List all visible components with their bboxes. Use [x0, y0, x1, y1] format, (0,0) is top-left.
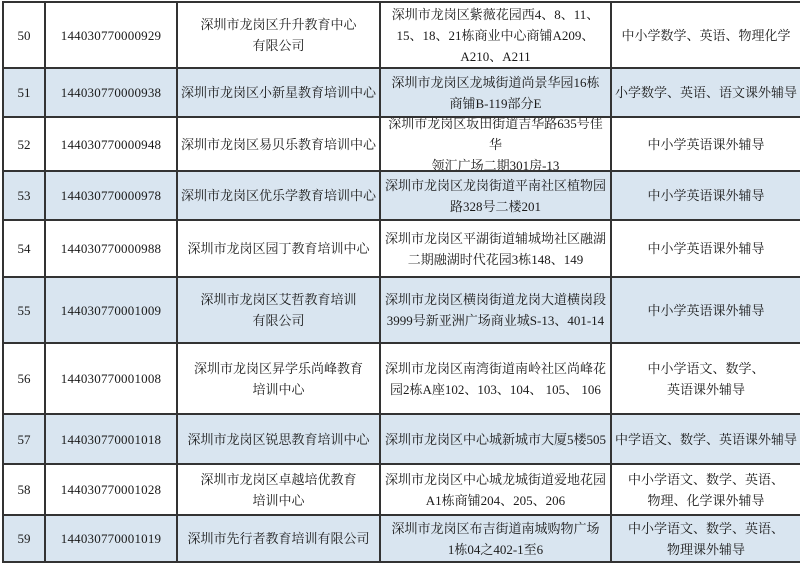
institution-name-cell: 深圳市龙岗区园丁教育培训中心 [178, 221, 381, 276]
address-cell: 深圳市龙岗区中心城龙城街道爱地花园 A1栋商铺204、205、206 [381, 465, 612, 514]
row-number-cell: 51 [4, 69, 46, 116]
row-number-cell: 55 [4, 278, 46, 342]
courses-cell: 中学语文、数学、英语课外辅导 [612, 415, 800, 463]
address-cell: 深圳市龙岗区南湾街道南岭社区尚峰花 园2栋A座102、103、104、 105、… [381, 344, 612, 413]
training-institutions-table: 50 144030770000929 深圳市龙岗区升升教育中心 有限公司 深圳市… [2, 1, 800, 563]
address-cell: 深圳市龙岗区坂田街道吉华路635号佳华 领汇广场二期301房-13 [381, 118, 612, 170]
license-number-cell: 144030770000988 [46, 221, 178, 276]
courses-cell: 中小学英语课外辅导 [612, 221, 800, 276]
document-page: 50 144030770000929 深圳市龙岗区升升教育中心 有限公司 深圳市… [0, 0, 800, 566]
row-number-cell: 59 [4, 516, 46, 561]
institution-name-cell: 深圳市龙岗区小新星教育培训中心 [178, 69, 381, 116]
row-number-cell: 54 [4, 221, 46, 276]
courses-cell: 小学数学、英语、语文课外辅导 [612, 69, 800, 116]
courses-cell: 中小学英语课外辅导 [612, 172, 800, 219]
table-row: 58 144030770001028 深圳市龙岗区卓越培优教育 培训中心 深圳市… [4, 465, 800, 516]
table-row: 59 144030770001019 深圳市先行者教育培训有限公司 深圳市龙岗区… [4, 516, 800, 563]
institution-name-cell: 深圳市龙岗区卓越培优教育 培训中心 [178, 465, 381, 514]
table-row: 50 144030770000929 深圳市龙岗区升升教育中心 有限公司 深圳市… [4, 3, 800, 69]
courses-cell: 中小学语文、数学、 英语课外辅导 [612, 344, 800, 413]
row-number-cell: 50 [4, 3, 46, 67]
table-row: 52 144030770000948 深圳市龙岗区易贝乐教育培训中心 深圳市龙岗… [4, 118, 800, 172]
row-number-cell: 53 [4, 172, 46, 219]
license-number-cell: 144030770001008 [46, 344, 178, 413]
row-number-cell: 56 [4, 344, 46, 413]
address-cell: 深圳市龙岗区龙城街道尚景华园16栋 商铺B-119部分E [381, 69, 612, 116]
address-cell: 深圳市龙岗区布吉街道南城购物广场 1栋04之402-1至6 [381, 516, 612, 561]
institution-name-cell: 深圳市龙岗区艾哲教育培训 有限公司 [178, 278, 381, 342]
courses-cell: 中小学英语课外辅导 [612, 278, 800, 342]
institution-name-cell: 深圳市龙岗区优乐学教育培训中心 [178, 172, 381, 219]
table-row: 56 144030770001008 深圳市龙岗区昇学乐尚峰教育 培训中心 深圳… [4, 344, 800, 415]
address-cell: 深圳市龙岗区中心城新城市大厦5楼505 [381, 415, 612, 463]
table-row: 57 144030770001018 深圳市龙岗区锐思教育培训中心 深圳市龙岗区… [4, 415, 800, 465]
table-row: 51 144030770000938 深圳市龙岗区小新星教育培训中心 深圳市龙岗… [4, 69, 800, 118]
row-number-cell: 57 [4, 415, 46, 463]
row-number-cell: 52 [4, 118, 46, 170]
license-number-cell: 144030770000929 [46, 3, 178, 67]
institution-name-cell: 深圳市龙岗区升升教育中心 有限公司 [178, 3, 381, 67]
row-number-cell: 58 [4, 465, 46, 514]
table-row: 55 144030770001009 深圳市龙岗区艾哲教育培训 有限公司 深圳市… [4, 278, 800, 344]
courses-cell: 中小学语文、数学、英语、 物理、化学课外辅导 [612, 465, 800, 514]
address-cell: 深圳市龙岗区横岗街道龙岗大道横岗段 3999号新亚洲广场商业城S-13、401-… [381, 278, 612, 342]
license-number-cell: 144030770001028 [46, 465, 178, 514]
courses-cell: 中小学英语课外辅导 [612, 118, 800, 170]
license-number-cell: 144030770000978 [46, 172, 178, 219]
address-cell: 深圳市龙岗区龙岗街道平南社区植物园 路328号二楼201 [381, 172, 612, 219]
institution-name-cell: 深圳市先行者教育培训有限公司 [178, 516, 381, 561]
institution-name-cell: 深圳市龙岗区锐思教育培训中心 [178, 415, 381, 463]
license-number-cell: 144030770000948 [46, 118, 178, 170]
courses-cell: 中小学语文、数学、英语、 物理课外辅导 [612, 516, 800, 561]
table-row: 53 144030770000978 深圳市龙岗区优乐学教育培训中心 深圳市龙岗… [4, 172, 800, 221]
address-cell: 深圳市龙岗区紫薇花园西4、8、11、 15、18、21栋商业中心商铺A209、 … [381, 3, 612, 67]
license-number-cell: 144030770001019 [46, 516, 178, 561]
courses-cell: 中小学数学、英语、物理化学 [612, 3, 800, 67]
address-cell: 深圳市龙岗区平湖街道辅城坳社区融湖 二期融湖时代花园3栋148、149 [381, 221, 612, 276]
license-number-cell: 144030770001018 [46, 415, 178, 463]
institution-name-cell: 深圳市龙岗区易贝乐教育培训中心 [178, 118, 381, 170]
table-row: 54 144030770000988 深圳市龙岗区园丁教育培训中心 深圳市龙岗区… [4, 221, 800, 278]
license-number-cell: 144030770001009 [46, 278, 178, 342]
license-number-cell: 144030770000938 [46, 69, 178, 116]
institution-name-cell: 深圳市龙岗区昇学乐尚峰教育 培训中心 [178, 344, 381, 413]
